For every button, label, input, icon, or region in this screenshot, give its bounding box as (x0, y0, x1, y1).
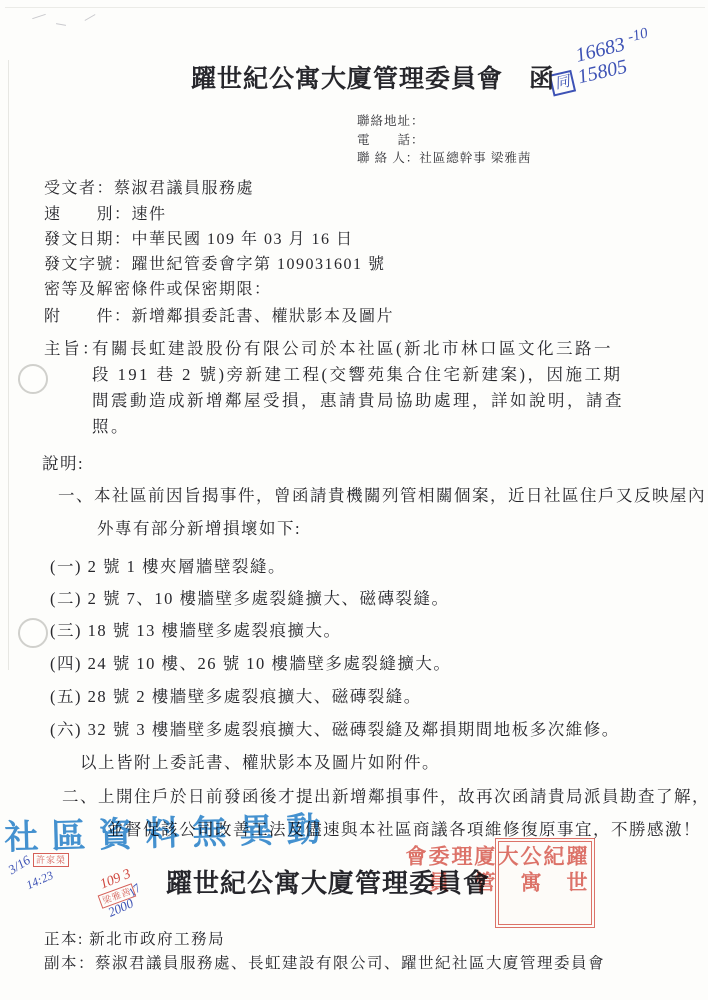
damage-item: (一) 2 號 1 樓夾層牆壁裂縫。 (50, 558, 286, 577)
item-1-line-2: 外專有部分新增損壞如下: (97, 520, 301, 539)
seal-column: 廈管理 (449, 845, 495, 921)
damage-item: (三) 18 號 13 樓牆壁多處裂痕擴大。 (50, 622, 342, 641)
scan-edge-line-left (8, 60, 9, 670)
subject-line-4: 照。 (92, 418, 130, 437)
contact-address: 聯絡地址： (357, 114, 425, 128)
security-line: 密等及解密條件或保密期限： (44, 281, 272, 299)
attachment-note: 以上皆附上委託書、權狀影本及圖片如附件。 (80, 754, 440, 773)
damage-item: (六) 32 號 3 樓牆壁多處裂痕擴大、磁磚裂縫及鄰損期間地板多次維修。 (50, 721, 620, 740)
pencil-scribble (85, 14, 96, 21)
scanned-letter: 16683 -10 同 15805 躍世紀公寓大廈管理委員會 函 聯絡地址： 電… (0, 0, 708, 1000)
seal-column: 躍世紀 (541, 845, 587, 921)
attachment-line: 附 件：新增鄰損委託書、權狀影本及圖片 (44, 308, 394, 326)
ref-number-line: 發文字號：躍世紀管委會字第 109031601 號 (44, 256, 386, 274)
damage-item: (五) 28 號 2 樓牆壁多處裂痕擴大、磁磚裂縫。 (50, 688, 422, 707)
damage-item: (二) 2 號 7、10 樓牆壁多處裂縫擴大、磁磚裂縫。 (50, 590, 450, 609)
item-1-line-1: 一、本社區前因旨揭事件，曾函請貴機關列管相關個案，近日社區住戶又反映屋內 (58, 487, 706, 506)
speed-line: 速 別：速件 (44, 206, 167, 224)
recipient-line: 受文者：蔡淑君議員服務處 (44, 180, 254, 198)
letter-title: 躍世紀公寓大廈管理委員會 函 (191, 66, 555, 95)
seal-column: 公寓大 (495, 845, 541, 921)
pencil-scribble (32, 14, 46, 19)
hole-punch-top (18, 364, 48, 394)
subject-line-3: 間震動造成新增鄰屋受損，惠請貴局協助處理，詳如說明，請查 (92, 392, 624, 411)
footer-original-line: 正本: 新北市政府工務局 (44, 931, 225, 949)
damage-item: (四) 24 號 10 樓、26 號 10 樓牆壁多處裂縫擴大。 (50, 655, 451, 674)
handwritten-ref-suffix: -10 (626, 25, 649, 45)
subject-line-2: 段 191 巷 2 號)旁新建工程(交響苑集合住宅新建案)，因施工期 (92, 366, 622, 385)
subject-line-1: 有關長虹建設股份有限公司於本社區(新北市林口區文化三路一 (92, 340, 613, 359)
official-seal: 躍世紀 公寓大 廈管理 委員會 (495, 838, 595, 928)
seal-column: 委員會 (403, 845, 449, 921)
name-stamp-small: 許家榮 (33, 853, 69, 867)
hole-punch-bottom (18, 618, 48, 648)
scan-edge-line-top (5, 7, 705, 8)
handwritten-time-blue: 14:23 (24, 869, 55, 893)
contact-phone: 電 話： (357, 133, 425, 147)
item-2-line-1: 二、上開住戶於日前發函後才提出新增鄰損事件，故再次函請貴局派員勘查了解， (62, 788, 708, 807)
pencil-scribble (56, 23, 66, 26)
issue-date-line: 發文日期：中華民國 109 年 03 月 16 日 (44, 231, 354, 249)
explanation-heading: 說明: (42, 455, 84, 474)
contact-person: 聯 絡 人：社區總幹事 梁雅茜 (357, 151, 531, 165)
footer-copy-line: 副本：蔡淑君議員服務處、長虹建設有限公司、躍世紀社區大廈管理委員會 (44, 955, 605, 973)
community-data-stamp: 社區資料無異動 (4, 810, 334, 858)
